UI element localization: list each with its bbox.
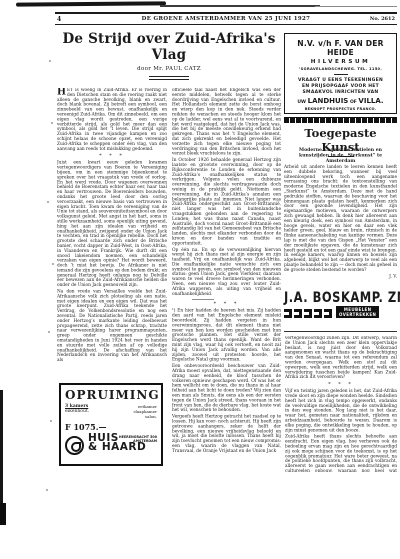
ad-price: F 1075.—: [65, 422, 157, 432]
paragraph: Op één na. En op de verwezenlijking hier…: [172, 248, 281, 297]
asterism: * * *: [285, 382, 397, 387]
section-heavy-rule: [284, 117, 397, 123]
ad-boskamp-name: J.A. BOSKAMP. ZN: [284, 289, 397, 306]
article-column-1: HET is woelig in Zuid-Afrika. Er is roer…: [57, 88, 167, 380]
paragraph: Juist een kwart eeuw geleden kwamen vert…: [57, 161, 167, 288]
chair-icon: [294, 309, 302, 318]
scan-speck: [52, 263, 54, 265]
ad-room-list: eetkamer slaapkamer salon.: [133, 404, 157, 419]
paragraph: HET is woelig in Zuid-Afrika. Er is roer…: [57, 88, 167, 152]
chair-icon: [304, 309, 312, 318]
ad-divider: [334, 74, 348, 75]
ad-vanderheide: N.V. v/h F. VAN DER HEIDE HILVERSUM ’SGR…: [284, 33, 397, 114]
scan-speck: [46, 489, 48, 491]
scan-artifact-top-3: [315, 6, 397, 7]
paragraph: Zuid-Afrika heeft thans slechts behoefte…: [285, 435, 397, 472]
paragraph: Vijf en twintig jaren geleden is het, da…: [285, 389, 397, 433]
scan-speck: [51, 122, 53, 124]
article-column-2: officieele taal naast het Engelsch was e…: [172, 88, 281, 472]
footnote-paragraph: Een onbevooroordeeld beschouwer van Zuid…: [172, 364, 281, 413]
footnote-paragraph: Vergeefs heeft Hertzog getracht het raad…: [172, 415, 281, 454]
scan-speck: [49, 60, 51, 62]
ad-headline: OPRUIMING: [65, 388, 157, 402]
scan-speck: [47, 201, 49, 203]
ad-company-name: N.V. v/h F. VAN DER HEIDE: [285, 39, 396, 57]
main-article-header: De Strijd over Zuid-Afrika's Vlag door M…: [57, 31, 281, 80]
masthead-title: DE GROENE AMSTERDAMMER VAN 25 JUNI 1927: [87, 16, 365, 22]
column-rule: [284, 331, 397, 332]
article-column-3: vertegenwoordigd zullen zijn. Dit ontwer…: [285, 336, 397, 472]
ad-text-line: SMAAKVOL INRICHTEN VAN: [285, 90, 396, 96]
chair-icon: [324, 309, 332, 318]
scan-speck: [48, 331, 50, 333]
ad-footer: BEKNOPT PROSPECTUS FRANCO.: [285, 107, 396, 111]
paragraph: Arbeid uit andere landen te leeren kenne…: [284, 165, 397, 273]
article-title: De Strijd over Zuid-Afrika's Vlag: [57, 31, 281, 63]
article-byline: door Mr. PAUL CATZ: [57, 66, 281, 72]
ad-city: HILVERSUM: [285, 59, 396, 65]
paragraph: Na den vrede van Versailles voelde het Z…: [57, 290, 167, 363]
footnote-paragraph: ¹) En hier hadden de heeren het mis. Zij…: [172, 309, 281, 363]
paragraph: vertegenwoordigd zullen zijn. Dit ontwer…: [285, 336, 397, 380]
huis-haard-stamp-icon: [65, 436, 84, 455]
kunst-signature: J. V.: [284, 274, 397, 279]
scan-artifact-left-2: [0, 503, 6, 525]
kunst-article-body: Moderne Engelsche textielen en kunstzijd…: [284, 147, 397, 287]
masthead-bar: 4 DE GROENE AMSTERDAMMER VAN 25 JUNI 192…: [55, 12, 397, 25]
brand-address: HEERENGRACHT 500 AMSTERDAM: [119, 435, 157, 444]
asterism: * * *: [172, 302, 281, 307]
ad-address: ’SGRAVELANDSCHEWEG. TEL. 1150.: [285, 67, 396, 71]
scan-artifact-top-2: [160, 5, 320, 7]
scan-artifact-top: [16, 1, 166, 6]
ad-boskamp-products: MEUBELEN OVERTREKKEN: [336, 306, 379, 318]
footnote-rule: [192, 299, 214, 300]
scan-speck: [50, 420, 52, 422]
ad-offer: 3 kamers eikenhout.: [65, 404, 89, 419]
page-number: 4: [57, 16, 87, 23]
kunst-subtitle: Moderne Engelsche textielen en kunstzijd…: [284, 147, 397, 164]
huis-haard-brand: HUIS & HAARD HEERENGRACHT 500 AMSTERDAM: [65, 434, 157, 460]
scan-artifact-left: [0, 390, 3, 512]
paragraph: officieele taal naast het Engelsch was e…: [172, 88, 281, 157]
paragraph: In October 1926 behaalde generaal Hertzo…: [172, 158, 281, 246]
ad-text-line: UW LANDHUIS OF VILLA.: [285, 97, 396, 105]
ad-huis-haard: OPRUIMING 3 kamers eikenhout. eetkamer s…: [59, 383, 163, 466]
issue-number: No. 2612: [365, 16, 395, 22]
drop-cap: H: [57, 88, 66, 96]
chair-icon: [314, 309, 322, 318]
title-flourish: [149, 76, 189, 80]
asterism: * * *: [57, 154, 167, 159]
newspaper-page: 4 DE GROENE AMSTERDAMMER VAN 25 JUNI 192…: [0, 0, 400, 559]
chair-icon: [284, 309, 292, 318]
ad-boskamp: J.A. BOSKAMP. ZN MEUBELEN OVERTREKKEN: [284, 289, 397, 328]
